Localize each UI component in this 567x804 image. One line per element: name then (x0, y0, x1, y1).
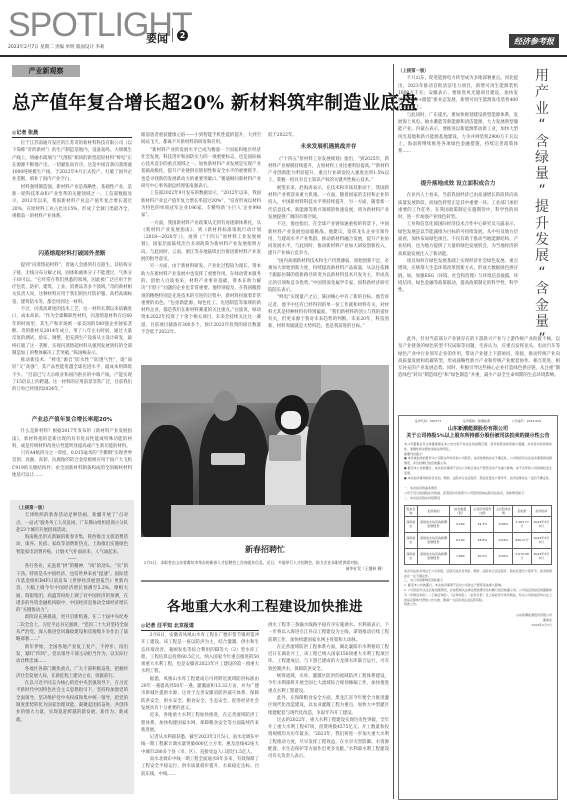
announcement-signoff: 山东新潮能源股份有限公司 董事会 2023年2月7日 (404, 613, 552, 627)
table-cell: 0.05% (494, 548, 513, 564)
lead-column-1c: 产业总产值年复合增长率超20% 什么是新材料？根据2017年发布的《新材料产业发… (12, 412, 132, 490)
paragraph: 只有A4纸四分之一厚度、0.015毫米的“手撕钢”实现世界首创；高强、高韧、抗腐… (12, 450, 132, 479)
table-cell: 深圳金志 (405, 548, 418, 564)
table-header: 拍卖数量（股） (450, 505, 471, 516)
announcement-footer: 本次司法拍卖尚处于公示阶段，后续可能涉及竞拍、缴款、法院执行法定程序、股权变更过… (404, 569, 552, 607)
announcement-number: 公告编号：2023-000 (512, 419, 541, 423)
separator: —— (16, 556, 128, 563)
photo-credit: 新华社发（王继林 摄） (346, 566, 385, 572)
paragraph: 不只山东，促进能源电力转型成为多地部署重点。河北提出，2023年推动首批清洁电力… (398, 75, 518, 111)
stock-name: 证券简称：新潮能源 (463, 419, 490, 423)
paragraph: 提到“闪蒸熔超材料”，普通人会感到有点陌生。其结构分子链，无线分布分解之间，固体… (12, 262, 132, 306)
paragraph: 二、本次拍卖股东持股情况 (404, 496, 552, 501)
lead-column-2: 眼前患者重获健康心脏——小到智能手机性能的提升，大到空间站飞天，都离不开新材料的… (141, 132, 261, 358)
news-photo (141, 365, 389, 537)
paragraph: 低于2022年。 (268, 132, 389, 139)
paragraph: 近来，各地重大水利工程加快推进，在完善流域防洪工程体系、加快构建国家水网、保障粮… (141, 712, 259, 734)
paragraph: 另一方面，由于新材料研发、产业化过程较为漫长，资本助力在新材料产业发展中也发挥了… (141, 263, 261, 336)
headline-char: 业 (524, 101, 560, 117)
table-header: 占其所持股份比例 (471, 505, 494, 516)
paragraph: 与此同时，广东提出，要加快规划建设新型能源体系，发展海上风电、抽水蓄能等新能源和… (398, 112, 518, 156)
paragraph: 一方面，我国新材料产业政策从无到有再逐渐体系化，从《新材料产业发展指南》、到《新… (141, 220, 261, 264)
table-cell: 1,263.77万 (513, 516, 532, 532)
table-cell: 24.3% (471, 516, 494, 532)
announcement-meta: 证券代码：600777 证券简称：新潮能源 公告编号：2023-000 (404, 419, 552, 423)
signoff-date: 2023年2月7日 (404, 623, 552, 628)
table-cell: 9,200 (450, 516, 471, 532)
photo-mask (281, 411, 301, 429)
photo-desk (171, 505, 351, 537)
photo-flyer (269, 435, 301, 461)
vertical-headline: 用 产 业 “ 含 绿 量 ” 提 升 发 展 “ 含 金 量 ” (524, 68, 560, 347)
table-cell: 深圳金志 (405, 532, 418, 548)
paragraph: “鲜电”实现量产之后，陈国峻心中有了新的目标。他告诉记者，他手中还有已经得到的单… (268, 294, 389, 330)
paragraph: 什么是新材料？根据2017年发布的《新材料产业发展指南》，新材料指的是新出现的具… (12, 428, 132, 450)
paragraph: 供水工程等三条输水线路平稳有序实施调水。水利部表示，下一步将以入海进引江补汉工程… (268, 622, 389, 644)
table-cell: 2023年3月9日 (531, 548, 551, 564)
subhead: 提升落地成效 设立面积成合力 (398, 181, 518, 188)
paragraph: 2月6日，安徽省凤凰山水库工程在广德市誓节镇鸡笼冲开工建设。该工程是一座以防洪为… (141, 632, 259, 676)
side-column-1: （上接第一版） 不只山东，促进能源电力转型成为多地部署重点。河北提出，2023年… (398, 68, 518, 176)
headline-char: 含 (524, 281, 560, 297)
masthead-rule (0, 55, 567, 57)
announcement-body: 重要内容提示： ● 本次被拍卖的股份为公司股东所持有的公司股份，拍卖结果尚存在不… (404, 452, 552, 501)
continued-label: （上接第一版） (16, 505, 128, 512)
paragraph: 南水北调东中线一期工程全面通水8年多来，有效保障了工程安全平稳运行，供水质量稳步… (141, 756, 259, 778)
photo-flyer (211, 453, 245, 465)
table-cell: 深圳金志 (405, 516, 418, 532)
table-cell: 2023年3月9日 (531, 532, 551, 548)
table-cell: 7,800 (450, 548, 471, 564)
paragraph: 新年伊始，全国各地产业复工复产，不停步、再出发，紧盯“四风”，党员领导干部主动担… (16, 644, 128, 666)
table-cell: 0.06% (494, 516, 513, 532)
paragraph: 眼前患者重获健康心脏——小到智能手机性能的提升，大到空间站飞天，都离不开新材料的… (141, 132, 261, 147)
paragraph: 在业内人士看来，当前我国经济已由高速增长阶段转向高质量发展阶段，而绿色转型正是其… (398, 192, 518, 221)
paragraph: 展望未来，赵海涛表示，在技术和市场双驱动下，我国新材料产业将迎来重大机遇。一方面… (268, 185, 389, 221)
paragraph: ● 本次拍卖事项尚涉及竞拍、缴款、法院执行法定程序、股权变更过户等环节，拍卖结果… (404, 476, 552, 481)
paragraph: 在完善流域防洪工程体系方面，湖北襄阳市水利枢纽工程近日在湖北开工，该工程已纳入国… (268, 644, 389, 673)
stock-code: 证券代码：600777 (415, 419, 441, 423)
water-column-1: 2月6日，安徽省凤凰山水库工程在广德市誓节镇鸡笼冲开工建设。该工程是一座以防洪为… (141, 632, 259, 798)
paragraph: 工信部2022年9月发布的数据显示，“2012年以来，我国新材料产业总产值年复合… (141, 190, 261, 219)
table-cell: 深圳金志持有的新潮能源股份 (417, 516, 450, 532)
continued-label: （上接第一版） (398, 68, 518, 75)
table-header: 占总股本比例 (494, 505, 513, 516)
paragraph: 位于江苏南通开发区的江苏奇的新材料科技有限公司（以下简称“奇的新材”）的生产制造… (12, 140, 132, 184)
lead-column-1: 位于江苏南通开发区的江苏奇的新材料科技有限公司（以下简称“奇的新材”）的生产制造… (12, 140, 132, 248)
auction-table: 股东名称 拍卖标的 拍卖数量（股） 占其所持股份比例 占总股本比例 起拍价 拍卖… (404, 505, 552, 565)
headline-char: “ (524, 265, 560, 281)
headline-char: 发 (524, 232, 560, 248)
table-row: 深圳金志 深圳金志持有的新潮能源股份 9,200 24.3% 0.06% 1,2… (405, 516, 552, 532)
photo-person-head (213, 391, 237, 421)
table-header: 股东名称 (405, 505, 418, 516)
headline-char: 升 (524, 216, 560, 232)
table-cell: 深圳金志持有的新潮能源股份 (417, 532, 450, 548)
headline-char: “ (524, 117, 560, 133)
headline-char: 展 (524, 248, 560, 264)
announcement-title: 关于公司持股5%以上股东所持部分股份被司法拍卖的提示性公告 (404, 432, 552, 439)
table-cell: 18.8% (471, 532, 494, 548)
headline-char: 绿 (524, 150, 560, 166)
table-header: 起拍价 (513, 505, 532, 516)
photo-title: 新春招聘忙 (141, 544, 389, 555)
lead-headline: 总产值年复合增长超20% 新材料筑牢制造业底盘 (12, 89, 418, 115)
paragraph: 统筹流域、水库、灌溉区防洪的流域防洪工程体系建设，今年水利部将开展全国七大流域综… (268, 673, 389, 695)
paragraph: 过去的2022年，重大水利工程建设实现历史性突破，全年开工重大水利工程47项，投… (268, 717, 389, 761)
headline-char: ” (524, 331, 560, 347)
paragraph: 工业和信息化部国际经济技术合作中心研究员马露表示，绿色发展是以节能减排为目标的可… (398, 221, 518, 257)
table-cell: 深圳金志持有的新潮能源股份 (417, 548, 450, 564)
paragraph: ● 截至本公告披露日，本次拍卖事项不会对公司的正常生产经营活动产生重大影响，亦不… (404, 466, 552, 476)
table-cell: 2023年3月9日 (531, 516, 551, 532)
paragraph: 不过，他也指出，在全球产业链加速重构的背景下，中国新材料产业发展也面临挑战。他建… (268, 221, 389, 257)
headline-char: ” (524, 183, 560, 199)
headline-char: 提 (524, 199, 560, 215)
headline-char: 量 (524, 314, 560, 330)
subhead: 未来发展机遇挑战并存 (268, 144, 389, 151)
paragraph: 材料强则制造强。新材料产业是战略性、基础性产业，是新一轮科技革命和产业变革的关键… (12, 184, 132, 220)
water-byline: ◎记者 汪平知 北京报道 (141, 622, 259, 631)
paragraph: “新材料产业的发展水平已成为衡量一个国家和地区经济社会发展、科技进步和国防实力的… (141, 147, 261, 191)
column-divider (393, 64, 394, 799)
headline-char: 量 (524, 166, 560, 182)
headline-char: 用 (524, 68, 560, 84)
subhead: 产业总产值年复合增长率超20% (12, 417, 132, 424)
paragraph: 特此公告。 (404, 602, 552, 607)
side-column-2: 提升落地成效 设立面积成合力 在业内人士看来，当前我国经济已由高速增长阶段转向高… (398, 176, 518, 336)
paragraph: 在以习近平同志为核心的党中央坚强领导下，在习近平新时代中国特色社会主义思想指引下… (16, 680, 128, 724)
paragraph: 新阶段充满挑战，更开启新机遇。在二十届中央纪委二次全会上，习近平总书记强调，“党… (16, 614, 128, 643)
table-header: 拍卖时间 (531, 505, 551, 516)
company-announcement: 证券代码：600777 证券简称：新潮能源 公告编号：2023-000 山东新潮… (398, 415, 558, 800)
dateline: 2023年2月7日 星期二 责编 单明 版面设计 李莉 (8, 44, 104, 50)
paragraph: “国内高端新材料技术和生产仍然薄弱，原始创新不足，必须加大原始创新力度，持续提高… (268, 258, 389, 294)
paragraph: 此外，在保障粮食安全方面，黑龙江省今年要全力推进灌区现代化改造建设，以农业灌溉工… (268, 695, 389, 717)
table-row: 深圳金志 深圳金志持有的新潮能源股份 6,100 18.8% 0.04% 840… (405, 532, 552, 548)
paragraph: 不过，闪蒸高难度的技术工艺，这一材料长期以来依赖进口，成本高昂。“作为全球稀缺性… (12, 306, 132, 357)
water-column-2: 供水工程等三条输水线路平稳有序实施调水。水利部表示，下一步将以入海进引江补汉工程… (268, 622, 389, 798)
paragraph: 推动新技术，“鲜电”源自“防水性”“防透气性”，既“质轻”又“高强”，其产品性能… (12, 357, 132, 393)
paragraph: 记者从水利部获悉，截至2023年2月5日，南水北调东中线一期工程累计调水量突破6… (141, 734, 259, 756)
paragraph: 《“十四五”原材料工业发展规划》指出，“到2025年，新材料产业规模持续提升，占… (268, 156, 389, 185)
lead-byline: ◎记者 张晨 (12, 129, 132, 138)
section-divider (141, 580, 389, 582)
paragraph: 本次司法拍卖尚处于公示阶段，后续可能涉及竞拍、缴款、法院执行法定程序、股权变更过… (404, 569, 552, 579)
lead-column-3: 低于2022年。 未来发展机遇挑战并存 《“十四五”原材料工业发展规划》指出，“… (268, 132, 389, 358)
table-row: 深圳金志 深圳金志持有的新潮能源股份 7,800 20.0% 0.05% 1,0… (405, 548, 552, 564)
paragraph: 海南推出形式新颖的新春市集，陕西推出文旅消费活动，康养、民宿、家政等消费新热点，… (16, 534, 128, 556)
masthead: SPOTLIGHT 要闻 2 2023年2月7日 星期二 责编 单明 版面设计 … (0, 0, 567, 60)
headline-char: 含 (524, 134, 560, 150)
column-tag: 产业新观察 (12, 65, 80, 77)
paragraph: 2. 公司将密切关注后续进展情况，并按照相关法律法规的要求及时履行信息披露义务。… (404, 588, 552, 602)
lead-column-1b: 闪蒸熔超材料打破国外垄断 提到“闪蒸熔超材料”，普通人会感到有点陌生。其结构分子… (12, 246, 132, 412)
paragraph: 谈及如何在绿色发展基础上实现经济社会绿色发展，重点增效，应统筹大生态环境改革创新… (398, 258, 518, 294)
paragraph: 据悉，凤凰山水库工程建成后可将附近流域防洪标准由20年一遇提高到50年一遇，灌溉… (141, 676, 259, 712)
page-number-badge: 2 (177, 30, 188, 41)
paragraph: 各行各业，充盈着“拼”的精神，“闯”的劲头、“实”的干劲。特别是从中国经济，也信… (16, 563, 128, 614)
paragraph: 天津组织的新春活动足够热闹，新疆开展了“点对点、一站式”服务务工人员返岗，广东佛… (16, 512, 128, 534)
table-cell: 840.17万 (513, 532, 532, 548)
paragraph: ● 本次被拍卖的股份为公司股东所持有的公司股份，拍卖结果尚存在不确定性，公司将密… (404, 456, 552, 466)
table-cell: 0.04% (494, 532, 513, 548)
headline-char: 产 (524, 84, 560, 100)
table-header-row: 股东名称 拍卖标的 拍卖数量（股） 占其所持股份比例 占总股本比例 起拍价 拍卖… (405, 505, 552, 516)
continued-story-box: （上接第一版） 天津组织的新春活动足够热闹，新疆开展了“点对点、一站式”服务务工… (10, 500, 134, 794)
table-header: 拍卖标的 (417, 505, 450, 516)
continued-story-text: （上接第一版） 天津组织的新春活动足够热闹，新疆开展了“点对点、一站式”服务务工… (16, 505, 128, 789)
company-name: 山东新潮能源股份有限公司 (404, 425, 552, 432)
table-cell: 20.0% (471, 548, 494, 564)
subhead: 闪蒸熔超材料打破国外垄断 (12, 251, 132, 258)
water-headline: 各地重大水利工程建设加快推进 (141, 595, 389, 615)
newspaper-logo: 经济参考报 (509, 34, 559, 48)
announcement-intro: 本公司董事会及全体董事保证本公告内容不存在任何虚假记载、误导性陈述或者重大遗漏，… (404, 442, 552, 452)
table-cell: 1,079.98万 (513, 548, 532, 564)
section-name: 要闻 (146, 30, 168, 46)
table-cell: 6,100 (450, 532, 471, 548)
paragraph: 各地区各部门聚焦重点，广大干部积极奋进，把握经济社会发展大局，在新征程上建功立业… (16, 666, 128, 681)
headline-char: 金 (524, 298, 560, 314)
divider (172, 28, 173, 42)
